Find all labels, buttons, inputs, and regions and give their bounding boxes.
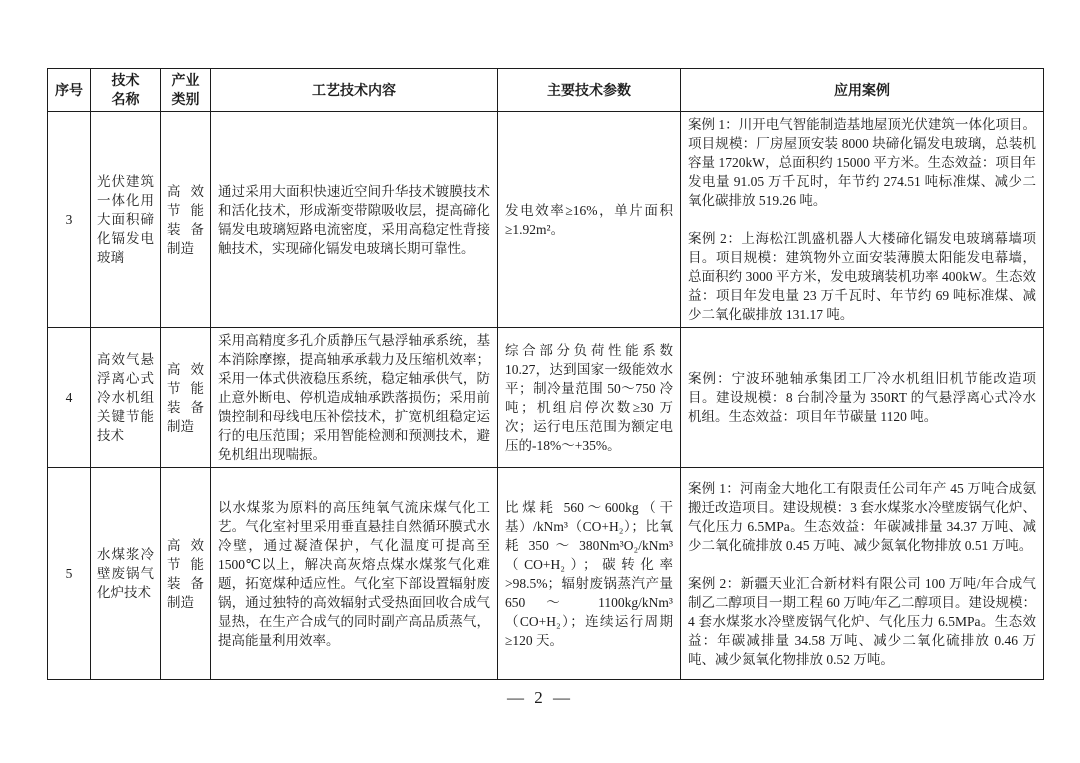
case-paragraph: 案例：宁波环驰轴承集团工厂冷水机组旧机节能改造项目。建设规模：8 台制冷量为 3… [688, 369, 1036, 426]
application-cases-cell: 案例 1：川开电气智能制造基地屋顶光伏建筑一体化项目。项目规模：厂房屋顶安装 8… [681, 112, 1044, 328]
technology-table: 序号技术 名称产业 类别工艺技术内容主要技术参数应用案例 3光伏建筑一体化用大面… [47, 68, 1044, 680]
tech-params-cell: 发电效率≥16%，单片面积≥1.92m²。 [498, 112, 681, 328]
tech-name-cell: 水煤浆冷壁废锅气化炉技术 [91, 468, 161, 680]
header-industry-category: 产业 类别 [161, 69, 211, 112]
table-row: 3光伏建筑一体化用大面积碲化镉发电玻璃高效节能装备制造通过采用大面积快速近空间升… [48, 112, 1044, 328]
tech-name-cell: 光伏建筑一体化用大面积碲化镉发电玻璃 [91, 112, 161, 328]
application-cases-cell: 案例 1：河南金大地化工有限责任公司年产 45 万吨合成氨搬迁改造项目。建设规模… [681, 468, 1044, 680]
case-paragraph: 案例 1：川开电气智能制造基地屋顶光伏建筑一体化项目。项目规模：厂房屋顶安装 8… [688, 115, 1036, 210]
industry-category-cell: 高效节能装备制造 [161, 328, 211, 468]
tech-name-cell: 高效气悬浮离心式冷水机组关键节能技术 [91, 328, 161, 468]
case-paragraph: 案例 2：新疆天业汇合新材料有限公司 100 万吨/年合成气制乙二醇项目一期工程… [688, 574, 1036, 669]
table-row: 4高效气悬浮离心式冷水机组关键节能技术高效节能装备制造采用高精度多孔介质静压气悬… [48, 328, 1044, 468]
process-content-cell: 通过采用大面积快速近空间升华技术镀膜技术和活化技术，形成渐变带隙吸收层，提高碲化… [211, 112, 498, 328]
table-row: 5水煤浆冷壁废锅气化炉技术高效节能装备制造以水煤浆为原料的高压纯氧气流床煤气化工… [48, 468, 1044, 680]
header-process-content: 工艺技术内容 [211, 69, 498, 112]
document-page: 序号技术 名称产业 类别工艺技术内容主要技术参数应用案例 3光伏建筑一体化用大面… [0, 0, 1080, 763]
header-tech-name: 技术 名称 [91, 69, 161, 112]
row-number-cell: 4 [48, 328, 91, 468]
table-header-row: 序号技术 名称产业 类别工艺技术内容主要技术参数应用案例 [48, 69, 1044, 112]
case-paragraph: 案例 2：上海松江凯盛机器人大楼碲化镉发电玻璃幕墙项目。项目规模：建筑物外立面安… [688, 229, 1036, 324]
tech-params-cell: 比煤耗 560～600kg（干基）/kNm³（CO+H₂）；比氧耗 350 ～ … [498, 468, 681, 680]
row-number-cell: 3 [48, 112, 91, 328]
header-no: 序号 [48, 69, 91, 112]
page-number: — 2 — [0, 688, 1080, 708]
header-application-cases: 应用案例 [681, 69, 1044, 112]
process-content-cell: 以水煤浆为原料的高压纯氧气流床煤气化工艺。气化室衬里采用垂直悬挂自然循环膜式水冷… [211, 468, 498, 680]
header-tech-params: 主要技术参数 [498, 69, 681, 112]
tech-params-cell: 综合部分负荷性能系数 10.27，达到国家一级能效水平；制冷量范围 50～750… [498, 328, 681, 468]
case-paragraph: 案例 1：河南金大地化工有限责任公司年产 45 万吨合成氨搬迁改造项目。建设规模… [688, 479, 1036, 555]
process-content-cell: 采用高精度多孔介质静压气悬浮轴承系统，基本消除摩擦，提高轴承承载力及压缩机效率；… [211, 328, 498, 468]
industry-category-cell: 高效节能装备制造 [161, 112, 211, 328]
industry-category-cell: 高效节能装备制造 [161, 468, 211, 680]
row-number-cell: 5 [48, 468, 91, 680]
application-cases-cell: 案例：宁波环驰轴承集团工厂冷水机组旧机节能改造项目。建设规模：8 台制冷量为 3… [681, 328, 1044, 468]
